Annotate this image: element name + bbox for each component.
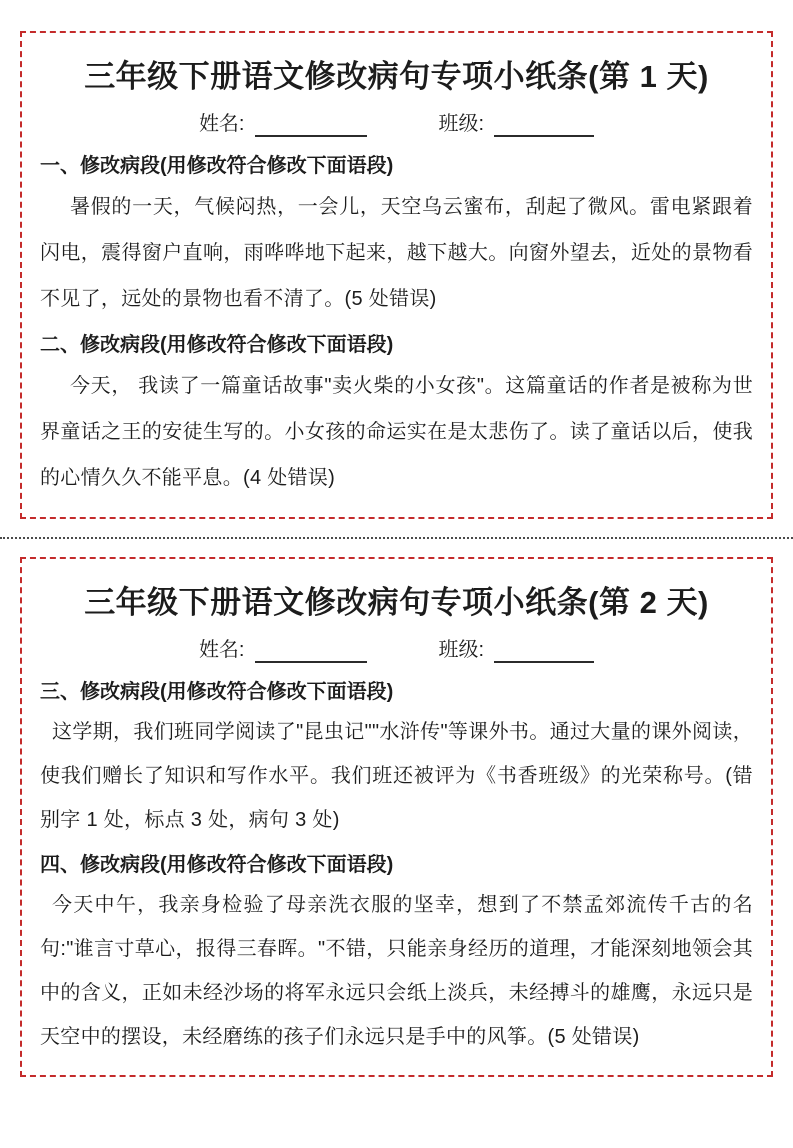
- exercise-paragraph-1: 暑假的一天，气候闷热，一会儿，天空乌云蜜布，刮起了微风。雷电紧跟着闪电，震得窗户…: [40, 184, 753, 322]
- class-label: 班级:: [439, 637, 485, 663]
- section-heading-1: 一、修改病段(用修改符合修改下面语段): [40, 153, 753, 180]
- worksheet-page: 三年级下册语文修改病句专项小纸条(第 1 天) 姓名: 班级: 一、修改病段(用…: [0, 0, 793, 1148]
- exercise-paragraph-4: 今天中午，我亲身检验了母亲洗衣服的坚幸，想到了不禁孟郊流传千古的名句:"谁言寸草…: [40, 883, 753, 1059]
- exercise-paragraph-3: 这学期，我们班同学阅读了"昆虫记""水浒传"等课外书。通过大量的课外阅读，使我们…: [40, 710, 753, 842]
- name-class-row: 姓名: 班级:: [40, 631, 753, 663]
- section-heading-4: 四、修改病段(用修改符合修改下面语段): [40, 852, 753, 879]
- class-blank: [494, 639, 594, 663]
- name-class-row: 姓名: 班级:: [40, 105, 753, 137]
- card-title: 三年级下册语文修改病句专项小纸条(第 1 天): [40, 55, 753, 99]
- name-blank: [255, 113, 367, 137]
- class-blank: [494, 113, 594, 137]
- worksheet-card-day1: 三年级下册语文修改病句专项小纸条(第 1 天) 姓名: 班级: 一、修改病段(用…: [20, 31, 773, 519]
- section-heading-2: 二、修改病段(用修改符合修改下面语段): [40, 332, 753, 359]
- name-blank: [255, 639, 367, 663]
- class-label: 班级:: [439, 111, 485, 137]
- cut-line-separator: [0, 537, 793, 539]
- worksheet-card-day2: 三年级下册语文修改病句专项小纸条(第 2 天) 姓名: 班级: 三、修改病段(用…: [20, 557, 773, 1077]
- class-field: 班级:: [439, 111, 595, 137]
- section-heading-3: 三、修改病段(用修改符合修改下面语段): [40, 679, 753, 706]
- name-label: 姓名:: [199, 637, 245, 663]
- name-label: 姓名:: [199, 111, 245, 137]
- name-field: 姓名:: [199, 637, 367, 663]
- class-field: 班级:: [439, 637, 595, 663]
- card-title: 三年级下册语文修改病句专项小纸条(第 2 天): [40, 581, 753, 625]
- name-field: 姓名:: [199, 111, 367, 137]
- exercise-paragraph-2: 今天， 我读了一篇童话故事"卖火柴的小女孩"。这篇童话的作者是被称为世界童话之王…: [40, 363, 753, 501]
